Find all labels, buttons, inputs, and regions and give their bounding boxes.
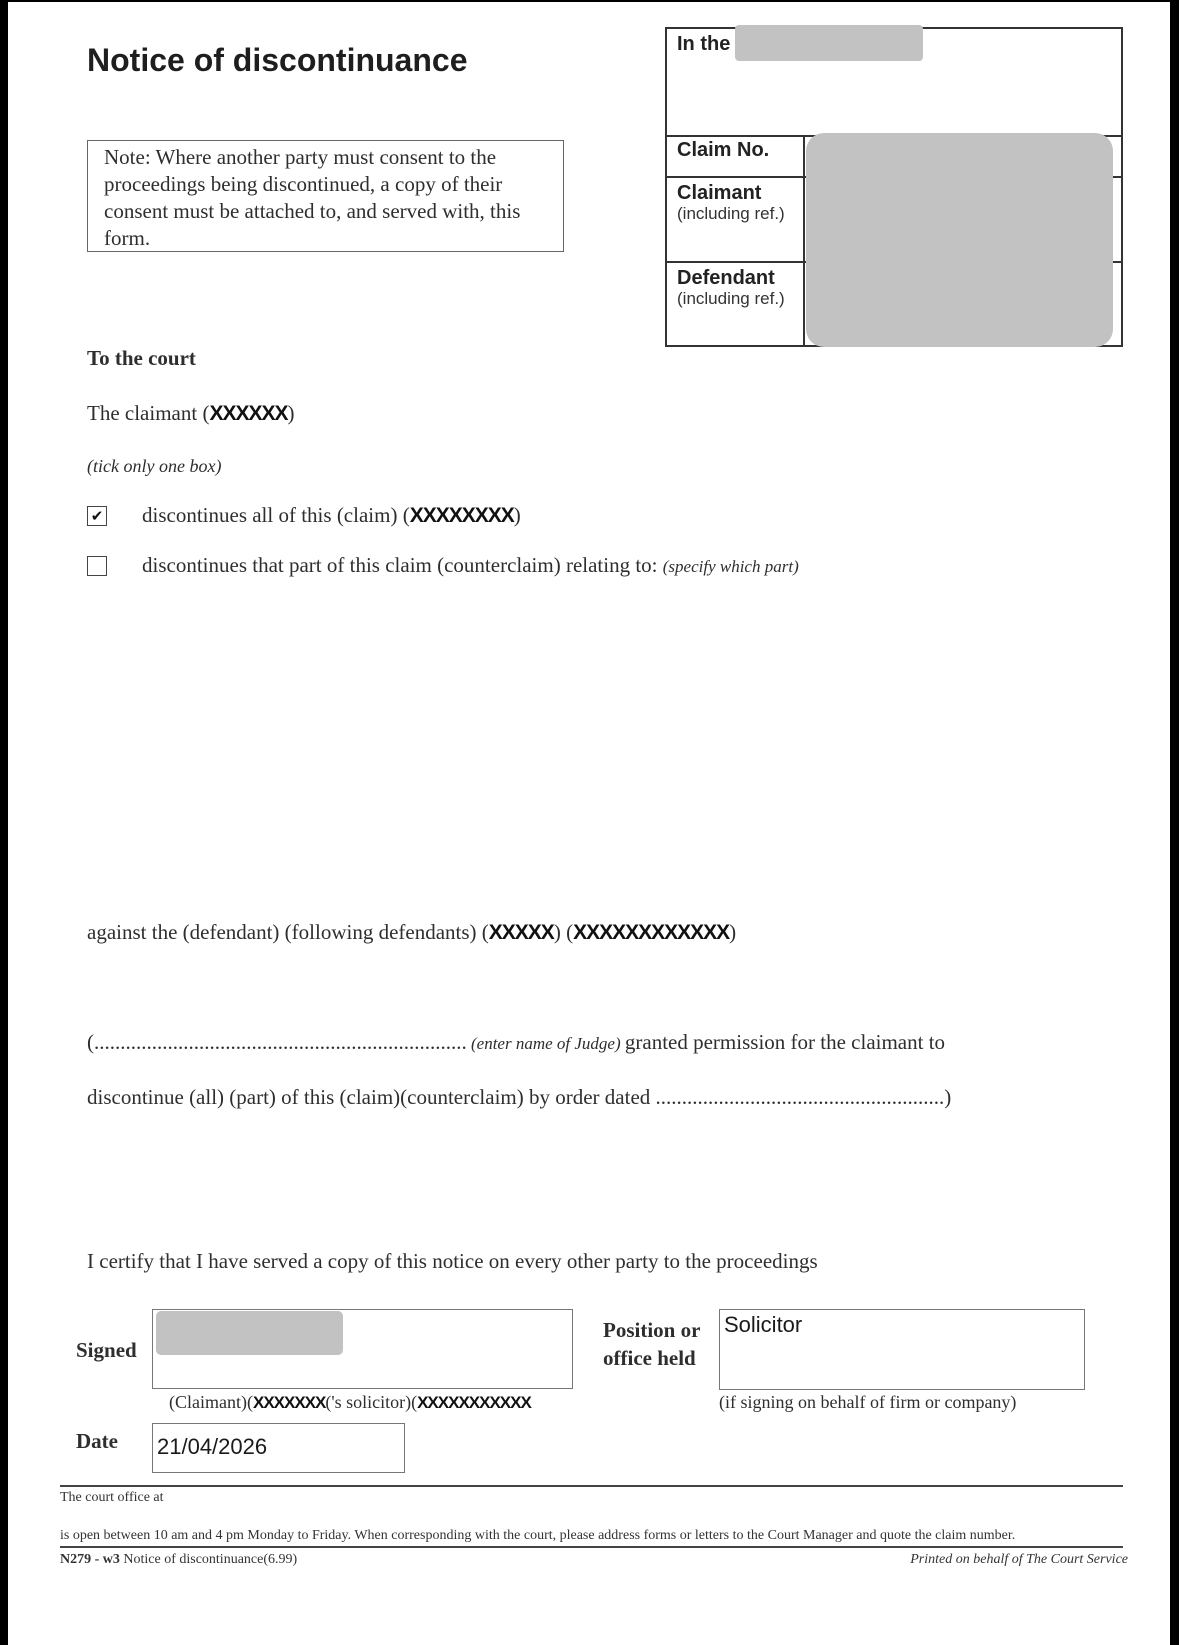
top-border <box>0 0 1179 2</box>
form-reference: N279 - w3 Notice of discontinuance(6.99) <box>60 1552 297 1568</box>
judge-name-blank[interactable]: (.......................................… <box>87 1030 467 1054</box>
consent-note: Note: Where another party must consent t… <box>87 140 564 252</box>
court-office-text: The court office at <box>60 1490 164 1506</box>
in-the-label: In the <box>677 33 730 56</box>
claimant-label: Claimant <box>677 182 793 204</box>
signature-redaction <box>156 1311 343 1355</box>
struck-text: XXXXXXXXXXX <box>417 1393 531 1412</box>
footer-rule <box>60 1485 1123 1487</box>
struck-text: XXXXXX <box>209 402 287 425</box>
struck-text: XXXXXXXX <box>410 504 514 527</box>
position-caption: (if signing on behalf of firm or company… <box>719 1392 1016 1413</box>
date-field[interactable]: 21/04/2026 <box>152 1423 405 1473</box>
to-the-court-heading: To the court <box>87 346 196 371</box>
date-label: Date <box>76 1429 118 1454</box>
struck-text: XXXXX <box>489 921 554 944</box>
struck-text: XXXXXXX <box>253 1393 325 1412</box>
against-line: against the (defendant) (following defen… <box>87 920 736 945</box>
footer-rule-2 <box>60 1546 1123 1548</box>
judge-permission-line: (.......................................… <box>87 1030 945 1055</box>
position-value: Solicitor <box>724 1312 802 1338</box>
certify-statement: I certify that I have served a copy of t… <box>87 1249 818 1274</box>
claim-no-label: Claim No. <box>677 139 793 161</box>
right-border <box>1170 0 1179 1645</box>
left-border <box>0 0 8 1645</box>
discontinue-part-label: discontinues that part of this claim (co… <box>142 553 799 578</box>
specify-hint: (specify which part) <box>663 557 799 576</box>
parties-redaction <box>806 133 1113 347</box>
position-label: Position or office held <box>603 1316 700 1372</box>
printed-by: Printed on behalf of The Court Service <box>910 1552 1128 1568</box>
signed-capacity-caption: (Claimant)(XXXXXXX('s solicitor)(XXXXXXX… <box>169 1392 531 1413</box>
date-value: 21/04/2026 <box>157 1434 267 1460</box>
defendant-sub: (including ref.) <box>677 289 793 309</box>
tick-instruction: (tick only one box) <box>87 456 221 477</box>
discontinue-all-checkbox[interactable]: ✔ <box>87 506 107 526</box>
struck-text: XXXXXXXXXXXX <box>573 921 729 944</box>
signed-label: Signed <box>76 1338 137 1363</box>
claimant-sub: (including ref.) <box>677 204 793 224</box>
position-field[interactable]: Solicitor <box>719 1309 1085 1390</box>
court-name-redaction <box>735 25 923 61</box>
page-title: Notice of discontinuance <box>87 42 467 79</box>
defendant-label: Defendant <box>677 267 793 289</box>
discontinue-all-label: discontinues all of this (claim) (XXXXXX… <box>142 503 521 528</box>
discontinue-part-checkbox[interactable] <box>87 556 107 576</box>
claimant-line: The claimant (XXXXXX) <box>87 401 295 426</box>
order-date-line: discontinue (all) (part) of this (claim)… <box>87 1085 951 1110</box>
office-hours-text: is open between 10 am and 4 pm Monday to… <box>60 1528 1015 1544</box>
